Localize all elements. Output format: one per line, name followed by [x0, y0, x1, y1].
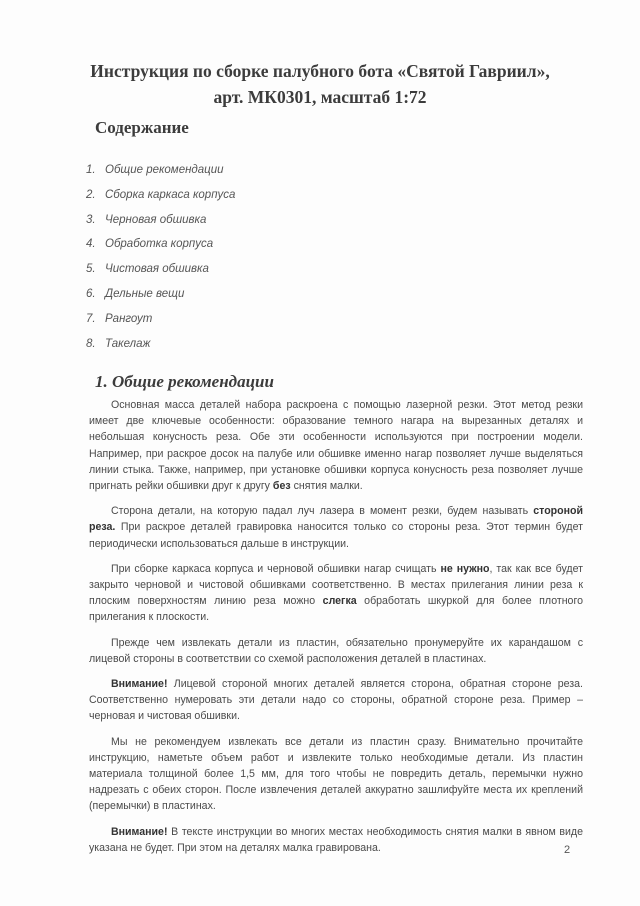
- toc-heading: Содержание: [95, 118, 189, 138]
- page-number: 2: [564, 844, 570, 856]
- emphasis-text: без: [273, 480, 291, 492]
- toc-item-number: 5.: [86, 263, 105, 275]
- toc-item-number: 3.: [86, 214, 105, 226]
- toc-item-number: 6.: [86, 288, 105, 300]
- warning-label: Внимание!: [111, 678, 167, 690]
- section-body: Основная масса деталей набора раскроена …: [89, 397, 583, 865]
- toc-item[interactable]: 1.Общие рекомендации: [86, 164, 235, 189]
- emphasis-text: не нужно: [440, 563, 489, 575]
- warning-paragraph: Внимание! В тексте инструкции во многих …: [89, 824, 583, 856]
- paragraph: Сторона детали, на которую падал луч лаз…: [89, 503, 583, 552]
- paragraph: При сборке каркаса корпуса и черновой об…: [89, 561, 583, 626]
- toc-item[interactable]: 8.Такелаж: [86, 338, 235, 363]
- paragraph: Мы не рекомендуем извлекать все детали и…: [89, 734, 583, 815]
- toc-item-number: 7.: [86, 313, 105, 325]
- paragraph-text: Основная масса деталей набора раскроена …: [89, 399, 583, 492]
- toc-item[interactable]: 2.Сборка каркаса корпуса: [86, 189, 235, 214]
- paragraph: Прежде чем извлекать детали из пластин, …: [89, 635, 583, 667]
- toc-item-label: Общие рекомендации: [105, 164, 224, 176]
- paragraph-text: Мы не рекомендуем извлекать все детали и…: [89, 736, 583, 813]
- toc-item[interactable]: 6.Дельные вещи: [86, 288, 235, 313]
- toc-item[interactable]: 7.Рангоут: [86, 313, 235, 338]
- paragraph-text: Прежде чем извлекать детали из пластин, …: [89, 637, 583, 665]
- paragraph-text: снятия малки.: [291, 480, 363, 492]
- table-of-contents: 1.Общие рекомендации 2.Сборка каркаса ко…: [86, 164, 235, 362]
- paragraph-text: При сборке каркаса корпуса и черновой об…: [111, 563, 440, 575]
- emphasis-text: слегка: [323, 595, 357, 607]
- toc-item-number: 2.: [86, 189, 105, 201]
- document-title: Инструкция по сборке палубного бота «Свя…: [60, 58, 580, 110]
- paragraph: Основная масса деталей набора раскроена …: [89, 397, 583, 494]
- warning-paragraph: Внимание! Лицевой стороной многих детале…: [89, 676, 583, 725]
- toc-item-label: Черновая обшивка: [105, 214, 206, 226]
- toc-item-label: Дельные вещи: [105, 288, 184, 300]
- toc-item-label: Обработка корпуса: [105, 238, 213, 250]
- toc-item-label: Сборка каркаса корпуса: [105, 189, 235, 201]
- toc-item[interactable]: 4.Обработка корпуса: [86, 238, 235, 263]
- title-line-2: арт. МК0301, масштаб 1:72: [60, 84, 580, 110]
- section-heading: 1. Общие рекомендации: [95, 372, 274, 392]
- document-page: Инструкция по сборке палубного бота «Свя…: [0, 0, 640, 906]
- title-line-1: Инструкция по сборке палубного бота «Свя…: [60, 58, 580, 84]
- toc-item[interactable]: 5.Чистовая обшивка: [86, 263, 235, 288]
- toc-item-label: Чистовая обшивка: [105, 263, 209, 275]
- toc-item[interactable]: 3.Черновая обшивка: [86, 214, 235, 239]
- warning-label: Внимание!: [111, 826, 167, 838]
- toc-item-number: 8.: [86, 338, 105, 350]
- toc-item-label: Такелаж: [105, 338, 150, 350]
- toc-item-label: Рангоут: [105, 313, 152, 325]
- toc-item-number: 4.: [86, 238, 105, 250]
- paragraph-text: При раскрое деталей гравировка наносится…: [89, 521, 583, 549]
- paragraph-text: Сторона детали, на которую падал луч лаз…: [111, 505, 533, 517]
- toc-item-number: 1.: [86, 164, 105, 176]
